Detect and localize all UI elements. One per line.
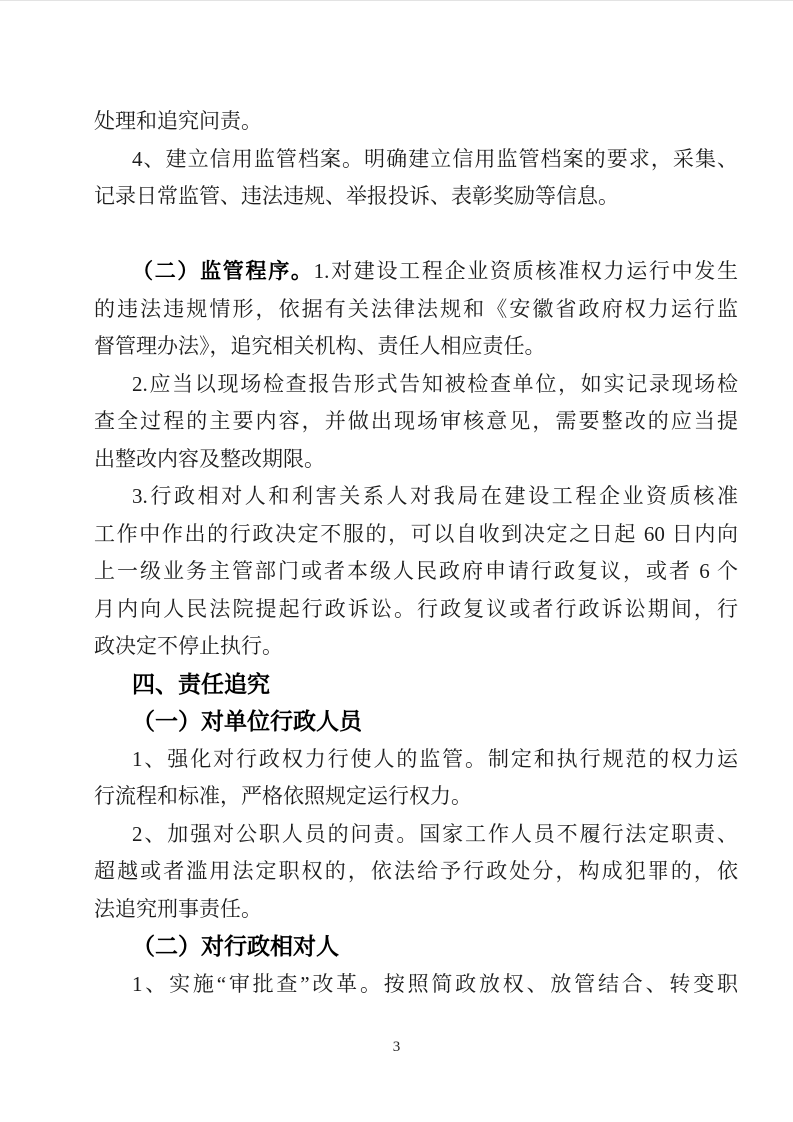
document-page: 处理和追究问责。4、建立信用监管档案。明确建立信用监管档案的要求，采集、记录日常… [0, 0, 793, 1122]
text-line: 1、强化对行政权力行使人的监管。制定和执行规范的权力运 [94, 741, 738, 779]
text-line: （二）监管程序。1.对建设工程企业资质核准权力运行中发生 [94, 253, 738, 291]
text-line: 政决定不停止执行。 [94, 628, 738, 666]
text-line: 行流程和标准，严格依照规定运行权力。 [94, 778, 738, 816]
heading-line: 四、责任追究 [94, 666, 738, 704]
text-line: 的违法违规情形，依据有关法律法规和《安徽省政府权力运行监 [94, 291, 738, 329]
text-line: 督管理办法》，追究相关机构、责任人相应责任。 [94, 328, 738, 366]
text-line: 查全过程的主要内容，并做出现场审核意见，需要整改的应当提 [94, 403, 738, 441]
text-line: 2.应当以现场检查报告形式告知被检查单位，如实记录现场检 [94, 366, 738, 404]
text-line: 1、实施“审批查”改革。按照简政放权、放管结合、转变职 [94, 966, 738, 1004]
text-line: 出整改内容及整改期限。 [94, 441, 738, 479]
page-footer: 3 [0, 1038, 793, 1056]
text-line: 超越或者滥用法定职权的，依法给予行政处分，构成犯罪的，依 [94, 853, 738, 891]
text-line: 上一级业务主管部门或者本级人民政府申请行政复议，或者 6 个 [94, 553, 738, 591]
page-number: 3 [393, 1039, 401, 1055]
blank-line [94, 216, 738, 254]
text-line: 3.行政相对人和利害关系人对我局在建设工程企业资质核准 [94, 478, 738, 516]
heading-line: （二）对行政相对人 [94, 928, 738, 966]
text-line: 工作中作出的行政决定不服的，可以自收到决定之日起 60 日内向 [94, 516, 738, 554]
heading-line: （一）对单位行政人员 [94, 703, 738, 741]
text-line: 2、加强对公职人员的问责。国家工作人员不履行法定职责、 [94, 816, 738, 854]
document-body: 处理和追究问责。4、建立信用监管档案。明确建立信用监管档案的要求，采集、记录日常… [94, 103, 738, 1003]
text-line: 4、建立信用监管档案。明确建立信用监管档案的要求，采集、 [94, 141, 738, 179]
text-line: 月内向人民法院提起行政诉讼。行政复议或者行政诉讼期间，行 [94, 591, 738, 629]
text-line: 法追究刑事责任。 [94, 891, 738, 929]
text-line: 记录日常监管、违法违规、举报投诉、表彰奖励等信息。 [94, 178, 738, 216]
bold-run: （二）监管程序。 [132, 260, 314, 283]
text-line: 处理和追究问责。 [94, 103, 738, 141]
